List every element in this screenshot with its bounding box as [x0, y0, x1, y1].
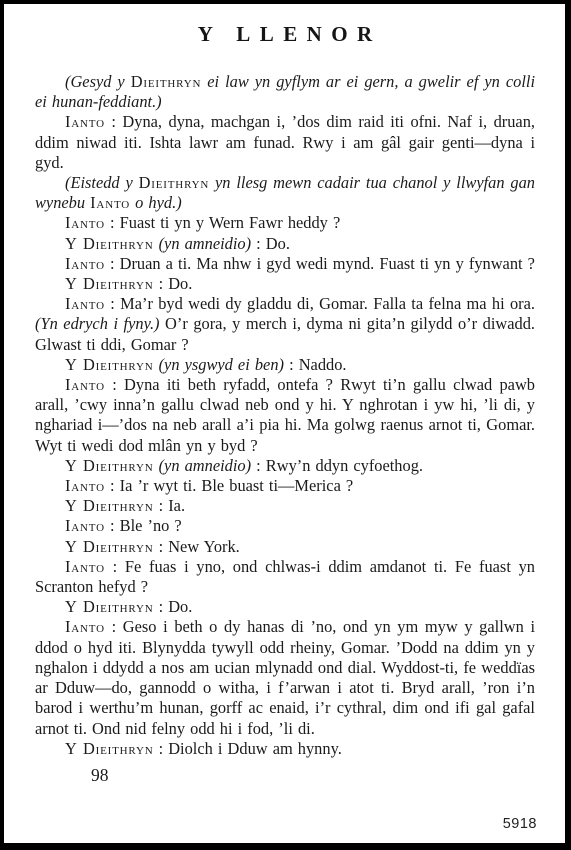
text-segment: : Dyna iti beth ryfadd, ontefa ? Rwyt ti… [35, 375, 535, 455]
text-segment: : Dyna, dyna, machgan i, ’dos dim raid i… [35, 112, 535, 171]
speaker-name: Y Dieithryn [65, 496, 154, 515]
speaker-name: Ianto [65, 254, 105, 273]
speaker-name: Y Dieithryn [65, 537, 154, 556]
speaker-name: Y Dieithryn [65, 456, 154, 475]
italic-text: (yn ysgwyd ei ben) [159, 355, 284, 374]
page-number: 98 [91, 765, 535, 786]
scan-number: 5918 [503, 816, 537, 832]
text-segment: : Ia. [154, 496, 186, 515]
speech-paragraph: Ianto : Geso i beth o dy hanas di ’no, o… [35, 617, 535, 738]
text-segment: : Do. [154, 597, 193, 616]
speaker-name: Ianto [90, 193, 130, 212]
speech-paragraph: Ianto : Fuast ti yn y Wern Fawr heddy ? [35, 213, 535, 233]
speech-paragraph: Y Dieithryn : Do. [35, 597, 535, 617]
speaker-name: Y Dieithryn [65, 274, 154, 293]
text-segment: : Druan a ti. Ma nhw i gyd wedi mynd. Fu… [105, 254, 535, 273]
speaker-name: Ianto [65, 213, 105, 232]
page-content: Y LLENOR (Gesyd y Dieithryn ei law yn gy… [35, 16, 535, 843]
speech-paragraph: Ianto : Ia ’r wyt ti. Ble buast ti—Meric… [35, 476, 535, 496]
speech-paragraph: Y Dieithryn : Ia. [35, 496, 535, 516]
text-segment: : Geso i beth o dy hanas di ’no, ond yn … [35, 617, 535, 737]
speech-paragraph: Ianto : Ble ’no ? [35, 516, 535, 536]
speaker-name: Y Dieithryn [65, 739, 154, 758]
text-segment: : Naddo. [284, 355, 347, 374]
speaker-name: Ianto [65, 375, 105, 394]
speech-paragraph: Ianto : Druan a ti. Ma nhw i gyd wedi my… [35, 254, 535, 274]
text-container: (Gesyd y Dieithryn ei law yn gyflym ar e… [35, 72, 535, 759]
speaker-name: Y Dieithryn [65, 355, 154, 374]
speaker-name: Ianto [65, 557, 105, 576]
text-segment: : Ble ’no ? [105, 516, 182, 535]
italic-text: (yn amneidio) [159, 456, 251, 475]
speech-paragraph: Ianto : Dyna iti beth ryfadd, ontefa ? R… [35, 375, 535, 456]
speaker-name: Ianto [65, 294, 105, 313]
speaker-name: Dieithryn [131, 72, 202, 91]
speaker-name: Y Dieithryn [65, 234, 154, 253]
speaker-name: Y Dieithryn [65, 597, 154, 616]
stage-direction: (Eistedd y Dieithryn yn llesg mewn cadai… [35, 173, 535, 213]
speaker-name: Ianto [65, 617, 105, 636]
text-segment: : Fe fuas i yno, ond chlwas-i ddim amdan… [35, 557, 535, 596]
speech-paragraph: Y Dieithryn (yn amneidio) : Do. [35, 234, 535, 254]
speech-paragraph: Y Dieithryn (yn ysgwyd ei ben) : Naddo. [35, 355, 535, 375]
text-segment: : Fuast ti yn y Wern Fawr heddy ? [105, 213, 340, 232]
text-segment: : Do. [154, 274, 193, 293]
speaker-name: Ianto [65, 476, 105, 495]
italic-text: (yn amneidio) [159, 234, 251, 253]
italic-text: (Eistedd y [65, 173, 139, 192]
speech-paragraph: Y Dieithryn : New York. [35, 537, 535, 557]
speaker-name: Dieithryn [139, 173, 210, 192]
stage-direction: (Gesyd y Dieithryn ei law yn gyflym ar e… [35, 72, 535, 112]
italic-text: (Yn edrych i fyny.) [35, 314, 160, 333]
text-segment: : Ma’r byd wedi dy gladdu di, Gomar. Fal… [105, 294, 535, 313]
text-segment: : Ia ’r wyt ti. Ble buast ti—Merica ? [105, 476, 353, 495]
book-page: Y LLENOR (Gesyd y Dieithryn ei law yn gy… [4, 4, 565, 843]
text-segment: : Diolch i Dduw am hynny. [154, 739, 342, 758]
text-segment: : New York. [154, 537, 240, 556]
italic-text: (Gesyd y [65, 72, 131, 91]
speech-paragraph: Y Dieithryn : Diolch i Dduw am hynny. [35, 739, 535, 759]
speech-paragraph: Ianto : Fe fuas i yno, ond chlwas-i ddim… [35, 557, 535, 597]
text-segment: : Do. [251, 234, 290, 253]
speech-paragraph: Ianto : Ma’r byd wedi dy gladdu di, Goma… [35, 294, 535, 355]
speech-paragraph: Y Dieithryn : Do. [35, 274, 535, 294]
speech-paragraph: Y Dieithryn (yn amneidio) : Rwy’n ddyn c… [35, 456, 535, 476]
running-head: Y LLENOR [35, 22, 535, 47]
speech-paragraph: Ianto : Dyna, dyna, machgan i, ’dos dim … [35, 112, 535, 173]
text-segment: : Rwy’n ddyn cyfoethog. [251, 456, 423, 475]
italic-text: o hyd.) [130, 193, 182, 212]
speaker-name: Ianto [65, 516, 105, 535]
speaker-name: Ianto [65, 112, 105, 131]
